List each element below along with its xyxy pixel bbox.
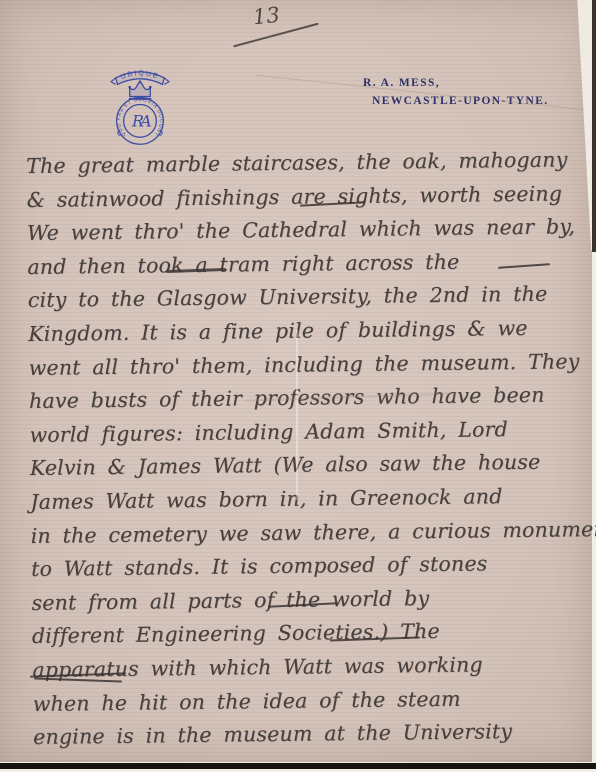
handwritten-line: We went thro' the Cathedral which was ne…	[27, 210, 587, 250]
handwritten-line: in the cemetery we saw there, a curious …	[31, 513, 591, 553]
handwritten-line: engine is in the museum at the Universit…	[33, 714, 593, 754]
page-number: 13	[252, 3, 281, 30]
handwritten-line: Kelvin & James Watt (We also saw the hou…	[30, 445, 590, 485]
scan-edge-bottom	[0, 763, 596, 769]
letterhead-location: NEWCASTLE-UPON-TYNE.	[372, 95, 549, 107]
scan-edge-right	[592, 0, 596, 252]
regimental-crest-icon: UBIQUE QUO FAS ET GLORIA DUCUNT RA	[92, 62, 188, 148]
letter-scan-page: 13 UBIQUE QUO FAS ET GLORIA DUCUNT	[0, 0, 592, 762]
crest-monogram: RA	[131, 112, 151, 131]
letter-body: The great marble staircases, the oak, ma…	[26, 143, 593, 754]
letterhead-org: R. A. MESS,	[363, 77, 440, 89]
